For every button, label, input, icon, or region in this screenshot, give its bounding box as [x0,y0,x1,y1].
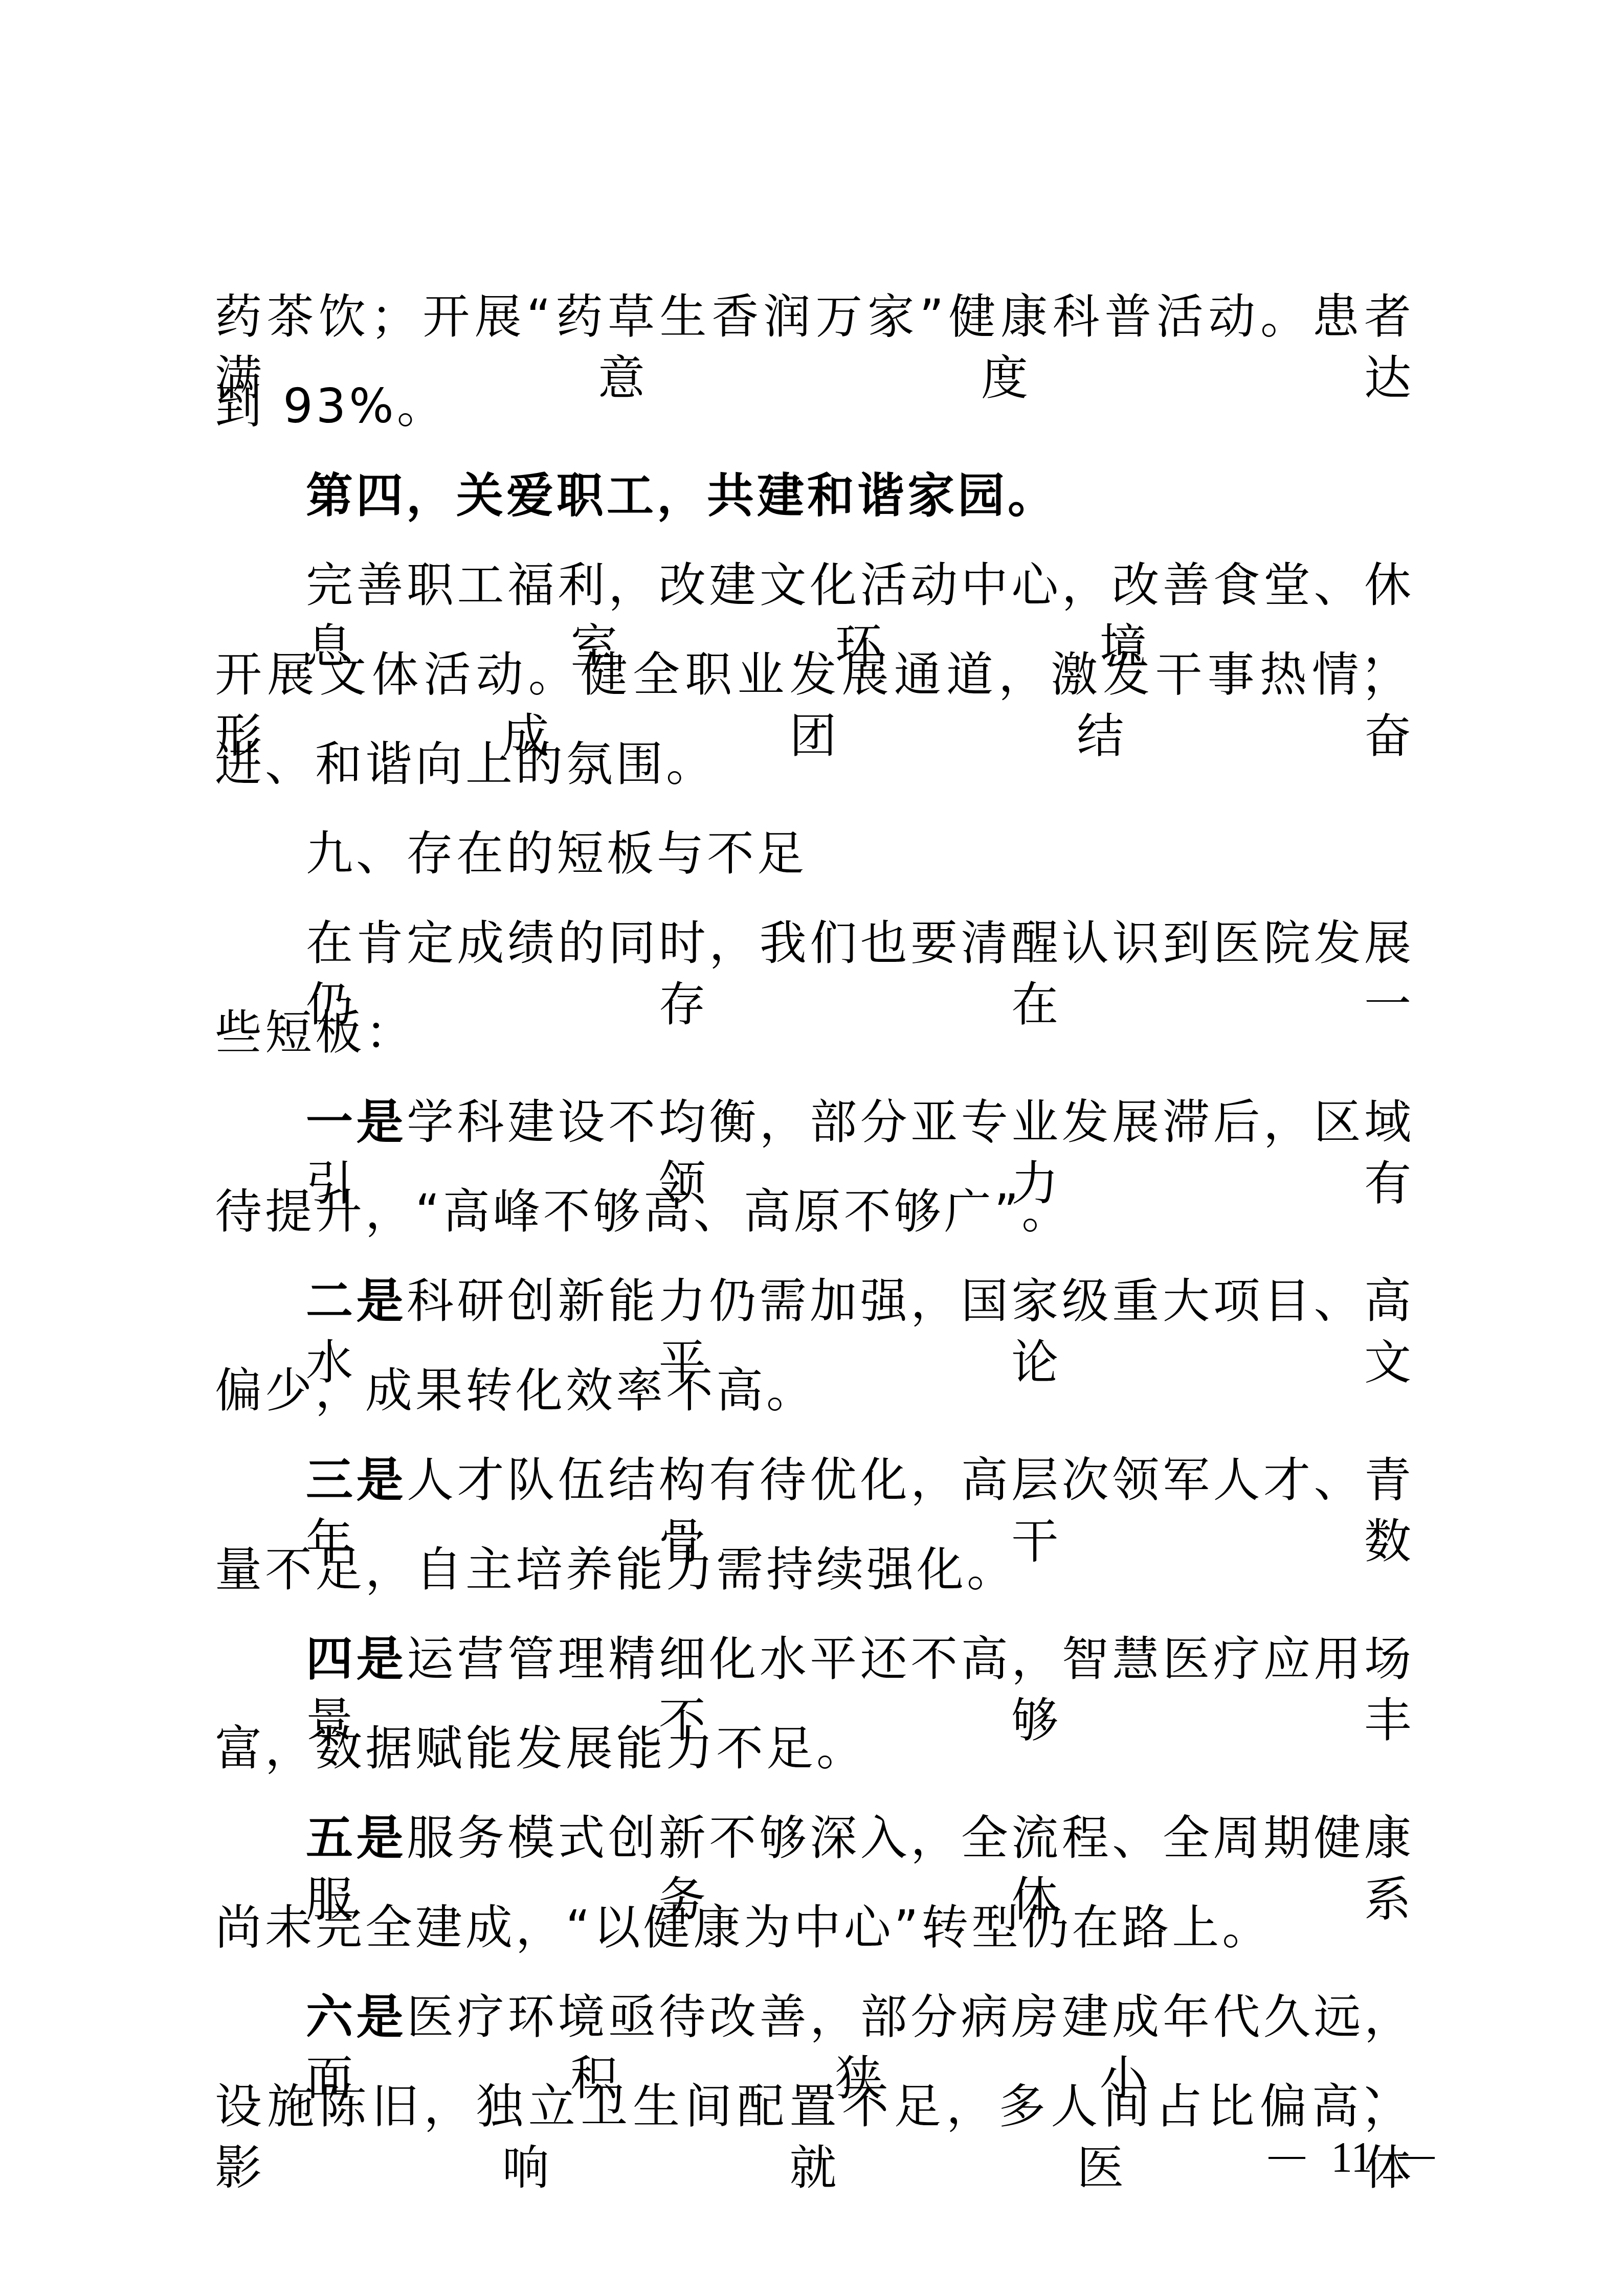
item-lead: 六是 [306,1990,407,2044]
dash-right [1398,2157,1435,2159]
body-text-line: 完善职工福利，改建文化活动中心，改善食堂、休息室环境， [306,555,1414,616]
list-item: 四是运营管理精细化水平还不高，智慧医疗应用场景不够丰 [306,1629,1414,1690]
item-lead: 三是 [306,1453,407,1507]
list-item: 五是服务模式创新不够深入，全流程、全周期健康服务体系 [306,1808,1414,1869]
body-text-line: 在肯定成绩的同时，我们也要清醒认识到医院发展仍存在一 [306,913,1414,974]
body-text-line: 开展文体活动。健全职业发展通道，激发干事热情，形成团结奋 [215,644,1414,706]
body-text-line: 富，数据赋能发展能力不足。 [215,1718,866,1780]
body-text-line: 进、和谐向上的氛围。 [215,734,716,795]
page-number-value: 11 [1331,2132,1372,2184]
subheading: 第四，关爱职工，共建和谐家园。 [306,465,1058,527]
body-text-line: 偏少，成果转化效率不高。 [215,1360,816,1422]
list-item: 六是医疗环境亟待改善，部分病房建成年代久远，面积狭小、 [306,1987,1414,2048]
body-text-line: 尚未完全建成，“以健康为中心”转型仍在路上。 [215,1897,1272,1959]
body-text-line: 到 93%。 [215,376,447,437]
page-number: 11 [1269,2132,1435,2184]
item-lead: 五是 [306,1811,407,1865]
body-text-line: 量不足，自主培养能力需持续强化。 [215,1539,1017,1601]
item-lead: 四是 [306,1632,407,1686]
list-item: 二是科研创新能力仍需加强，国家级重大项目、高水平论文 [306,1271,1414,1332]
body-text-line: 待提升，“高峰不够高、高原不够广”。 [215,1181,1072,1243]
body-text-line: 些短板： [215,1002,415,1064]
dash-left [1269,2157,1305,2159]
section-heading: 九、存在的短板与不足 [306,823,807,885]
body-text-line: 设施陈旧，独立卫生间配置不足，多人间占比偏高，影响就医体 [215,2076,1414,2137]
list-item: 三是人才队伍结构有待优化，高层次领军人才、青年骨干数 [306,1450,1414,1511]
item-lead: 一是 [306,1095,407,1150]
list-item: 一是学科建设不均衡，部分亚专业发展滞后，区域引领力有 [306,1092,1414,1153]
body-text-line: 药茶饮；开展“药草生香润万家”健康科普活动。患者满意度达 [215,286,1414,348]
item-lead: 二是 [306,1274,407,1329]
